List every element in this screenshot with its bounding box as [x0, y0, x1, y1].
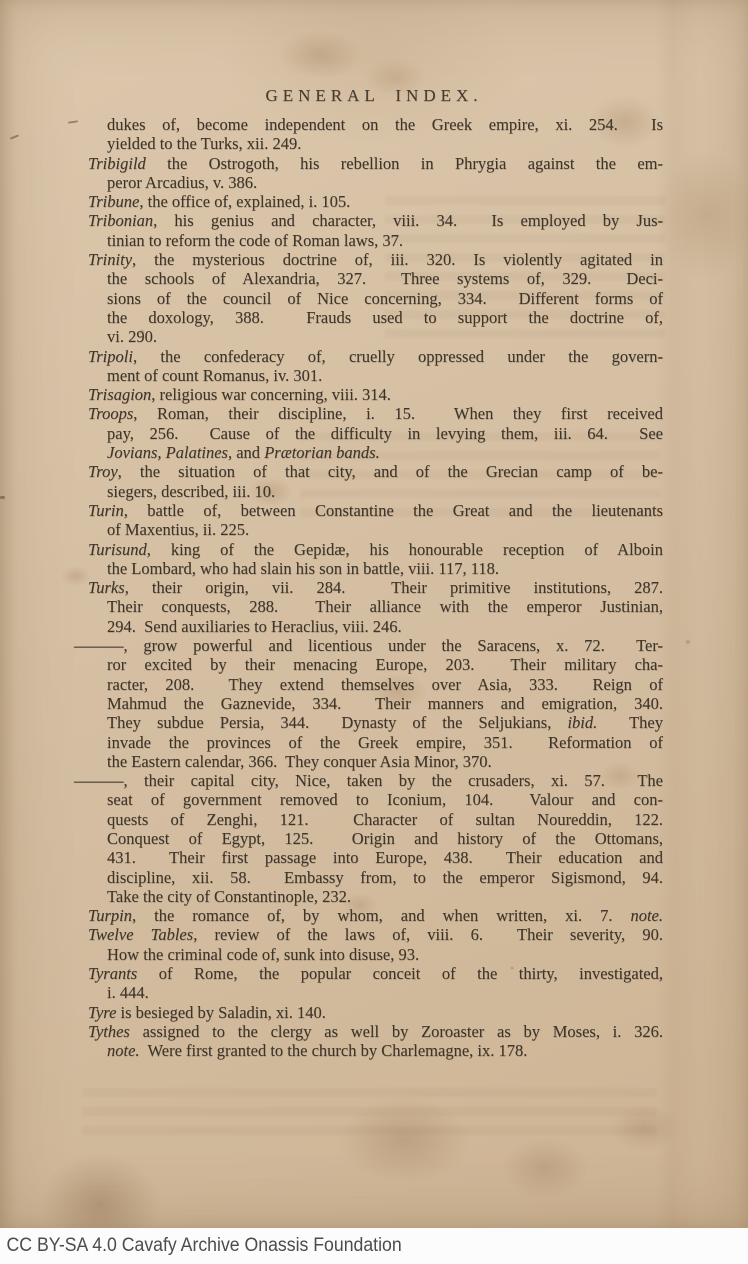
- index-text: Mahmud the Gaznevide, 334. Their manners…: [107, 694, 663, 713]
- index-line: peror Arcadius, v. 386.: [88, 173, 663, 192]
- index-text: assigned to the clergy as well by Zoroas…: [130, 1022, 663, 1041]
- headword: Tyre: [88, 1003, 116, 1022]
- index-line: Take the city of Constantinople, 232.: [88, 887, 663, 906]
- index-line: How the criminal code of, sunk into disu…: [88, 945, 663, 964]
- index-text: , the office of, explained, i. 105.: [139, 192, 350, 211]
- index-text-block: dukes of, become independent on the Gree…: [88, 115, 663, 1061]
- index-text: Were first granted to the church by Char…: [140, 1041, 528, 1060]
- index-text: ror excited by their menacing Europe, 20…: [107, 655, 663, 674]
- index-text: is besieged by Saladin, xi. 140.: [116, 1003, 325, 1022]
- index-line: quests of Zenghi, 121. Character of sult…: [88, 810, 663, 829]
- index-line: seat of government removed to Iconium, 1…: [88, 790, 663, 809]
- index-text: They subdue Persia, 344. Dynasty of the …: [107, 713, 567, 732]
- index-text: dukes of, become independent on the Gree…: [107, 115, 663, 134]
- index-text: the Eastern calendar, 366. They conquer …: [107, 752, 492, 771]
- index-line: discipline, xii. 58. Embassy from, to th…: [88, 868, 663, 887]
- index-line: Turks, their origin, vii. 284. Their pri…: [88, 578, 663, 597]
- index-line: Troops, Roman, their discipline, i. 15. …: [88, 404, 663, 423]
- index-text: 294. Send auxiliaries to Heraclius, viii…: [107, 617, 402, 636]
- index-line: Troy, the situation of that city, and of…: [88, 462, 663, 481]
- headword: Tythes: [88, 1022, 130, 1041]
- index-line: Tyre is besieged by Saladin, xi. 140.: [88, 1003, 663, 1022]
- index-text: Take the city of Constantinople, 232.: [107, 887, 351, 906]
- headword: Tribonian: [88, 211, 153, 230]
- index-text: , his genius and character, viii. 34. Is…: [153, 211, 663, 230]
- index-line: 431. Their first passage into Europe, 43…: [88, 848, 663, 867]
- index-text: sions of the council of Nice concerning,…: [107, 289, 663, 308]
- index-line: ———, their capital city, Nice, taken by …: [74, 771, 663, 790]
- index-text: racter, 208. They extend themselves over…: [107, 675, 663, 694]
- index-line: Conquest of Egypt, 125. Origin and histo…: [88, 829, 663, 848]
- index-line: invade the provinces of the Greek empire…: [88, 733, 663, 752]
- headword: Trisagion: [88, 385, 151, 404]
- book-page-paper: GENERAL INDEX. dukes of, become independ…: [0, 0, 748, 1228]
- headword: Tribigild: [88, 154, 146, 173]
- index-line: Turisund, king of the Gepidæ, his honour…: [88, 540, 663, 559]
- index-text: of Rome, the popular conceit of the thir…: [137, 964, 663, 983]
- page-title: GENERAL INDEX.: [0, 86, 748, 106]
- index-text: , Roman, their discipline, i. 15. When t…: [133, 404, 663, 423]
- license-caption-bar: CC BY-SA 4.0 Cavafy Archive Onassis Foun…: [0, 1228, 748, 1264]
- pen-mark: [0, 496, 5, 499]
- index-line: note. Were first granted to the church b…: [88, 1041, 663, 1060]
- index-text: pay, 256. Cause of the difficulty in lev…: [107, 424, 663, 443]
- index-text: of Maxentius, ii. 225.: [107, 520, 249, 539]
- index-line: Tyrants of Rome, the popular conceit of …: [88, 964, 663, 983]
- index-line: pay, 256. Cause of the difficulty in lev…: [88, 424, 663, 443]
- index-line: the doxology, 388. Frauds used to suppor…: [88, 308, 663, 327]
- headword: Turks: [88, 578, 125, 597]
- index-text: vi. 290.: [107, 327, 157, 346]
- index-line: Turin, battle of, between Constantine th…: [88, 501, 663, 520]
- index-text: ———, their capital city, Nice, taken by …: [74, 771, 663, 790]
- index-text: Their conquests, 288. Their alliance wit…: [107, 597, 663, 616]
- index-line: the Eastern calendar, 366. They conquer …: [88, 752, 663, 771]
- index-text: , religious war concerning, viii. 314.: [151, 385, 391, 404]
- index-text: siegers, described, iii. 10.: [107, 482, 275, 501]
- index-text: the Lombard, who had slain his son in ba…: [107, 559, 499, 578]
- index-text: seat of government removed to Iconium, 1…: [107, 790, 663, 809]
- index-text: , their origin, vii. 284. Their primitiv…: [125, 578, 663, 597]
- index-line: racter, 208. They extend themselves over…: [88, 675, 663, 694]
- headword: Troy: [88, 462, 118, 481]
- index-line: Mahmud the Gaznevide, 334. Their manners…: [88, 694, 663, 713]
- index-text: They: [597, 713, 663, 732]
- headword: Troops: [88, 404, 133, 423]
- index-line: ror excited by their menacing Europe, 20…: [88, 655, 663, 674]
- index-line: ———, grow powerful and licentious under …: [74, 636, 663, 655]
- index-line: tinian to reform the code of Roman laws,…: [88, 231, 663, 250]
- pen-mark: [10, 134, 19, 139]
- index-line: Trisagion, religious war concerning, vii…: [88, 385, 663, 404]
- headword: ibid.: [567, 713, 597, 732]
- index-line: Trinity, the mysterious doctrine of, iii…: [88, 250, 663, 269]
- index-line: Turpin, the romance of, by whom, and whe…: [88, 906, 663, 925]
- index-text: , the situation of that city, and of the…: [118, 462, 663, 481]
- index-line: of Maxentius, ii. 225.: [88, 520, 663, 539]
- scanned-book-page-screenshot: GENERAL INDEX. dukes of, become independ…: [0, 0, 748, 1264]
- headword: Turisund: [88, 540, 147, 559]
- index-line: yielded to the Turks, xii. 249.: [88, 134, 663, 153]
- index-line: Jovians, Palatines, and Prætorian bands.: [88, 443, 663, 462]
- headword: Jovians, Palatines,: [107, 443, 232, 462]
- index-text: the schools of Alexandria, 327. Three sy…: [107, 269, 663, 288]
- index-line: sions of the council of Nice concerning,…: [88, 289, 663, 308]
- index-text: , battle of, between Constantine the Gre…: [124, 501, 663, 520]
- index-line: siegers, described, iii. 10.: [88, 482, 663, 501]
- index-line: Tribonian, his genius and character, vii…: [88, 211, 663, 230]
- headword: Tripoli: [88, 347, 133, 366]
- index-line: Twelve Tables, review of the laws of, vi…: [88, 925, 663, 944]
- headword: Turin: [88, 501, 124, 520]
- pen-mark: [68, 120, 78, 123]
- index-text: yielded to the Turks, xii. 249.: [107, 134, 301, 153]
- index-line: the schools of Alexandria, 327. Three sy…: [88, 269, 663, 288]
- index-line: Tripoli, the confederacy of, cruelly opp…: [88, 347, 663, 366]
- index-text: the Ostrogoth, his rebellion in Phrygia …: [146, 154, 663, 173]
- index-line: the Lombard, who had slain his son in ba…: [88, 559, 663, 578]
- index-line: vi. 290.: [88, 327, 663, 346]
- index-text: ment of count Romanus, iv. 301.: [107, 366, 322, 385]
- index-line: Tribune, the office of, explained, i. 10…: [88, 192, 663, 211]
- index-text: invade the provinces of the Greek empire…: [107, 733, 663, 752]
- license-caption: CC BY-SA 4.0 Cavafy Archive Onassis Foun…: [0, 1235, 402, 1257]
- index-text: 431. Their first passage into Europe, 43…: [107, 848, 663, 867]
- index-text: , the mysterious doctrine of, iii. 320. …: [132, 250, 663, 269]
- index-text: i. 444.: [107, 983, 149, 1002]
- index-line: Tribigild the Ostrogoth, his rebellion i…: [88, 154, 663, 173]
- index-line: Tythes assigned to the clergy as well by…: [88, 1022, 663, 1041]
- headword: Tyrants: [88, 964, 137, 983]
- index-line: i. 444.: [88, 983, 663, 1002]
- index-text: tinian to reform the code of Roman laws,…: [107, 231, 403, 250]
- index-text: discipline, xii. 58. Embassy from, to th…: [107, 868, 663, 887]
- headword: Tribune: [88, 192, 139, 211]
- index-text: ———, grow powerful and licentious under …: [74, 636, 663, 655]
- index-line: ment of count Romanus, iv. 301.: [88, 366, 663, 385]
- headword: note.: [630, 906, 663, 925]
- index-text: , the romance of, by whom, and when writ…: [132, 906, 630, 925]
- index-line: 294. Send auxiliaries to Heraclius, viii…: [88, 617, 663, 636]
- index-line: dukes of, become independent on the Gree…: [88, 115, 663, 134]
- index-line: Their conquests, 288. Their alliance wit…: [88, 597, 663, 616]
- index-text: , review of the laws of, viii. 6. Their …: [193, 925, 663, 944]
- index-line: They subdue Persia, 344. Dynasty of the …: [88, 713, 663, 732]
- headword: Turpin: [88, 906, 132, 925]
- show-through-ghost-text: [82, 1088, 657, 1144]
- headword: note.: [107, 1041, 140, 1060]
- headword: Prætorian bands.: [264, 443, 380, 462]
- index-text: How the criminal code of, sunk into disu…: [107, 945, 419, 964]
- index-text: peror Arcadius, v. 386.: [107, 173, 257, 192]
- headword: Twelve Tables: [88, 925, 193, 944]
- index-text: , king of the Gepidæ, his honourable rec…: [147, 540, 663, 559]
- index-text: and: [232, 443, 264, 462]
- index-text: Conquest of Egypt, 125. Origin and histo…: [107, 829, 663, 848]
- index-text: , the confederacy of, cruelly oppressed …: [133, 347, 663, 366]
- headword: Trinity: [88, 250, 132, 269]
- index-text: quests of Zenghi, 121. Character of sult…: [107, 810, 663, 829]
- index-text: the doxology, 388. Frauds used to suppor…: [107, 308, 663, 327]
